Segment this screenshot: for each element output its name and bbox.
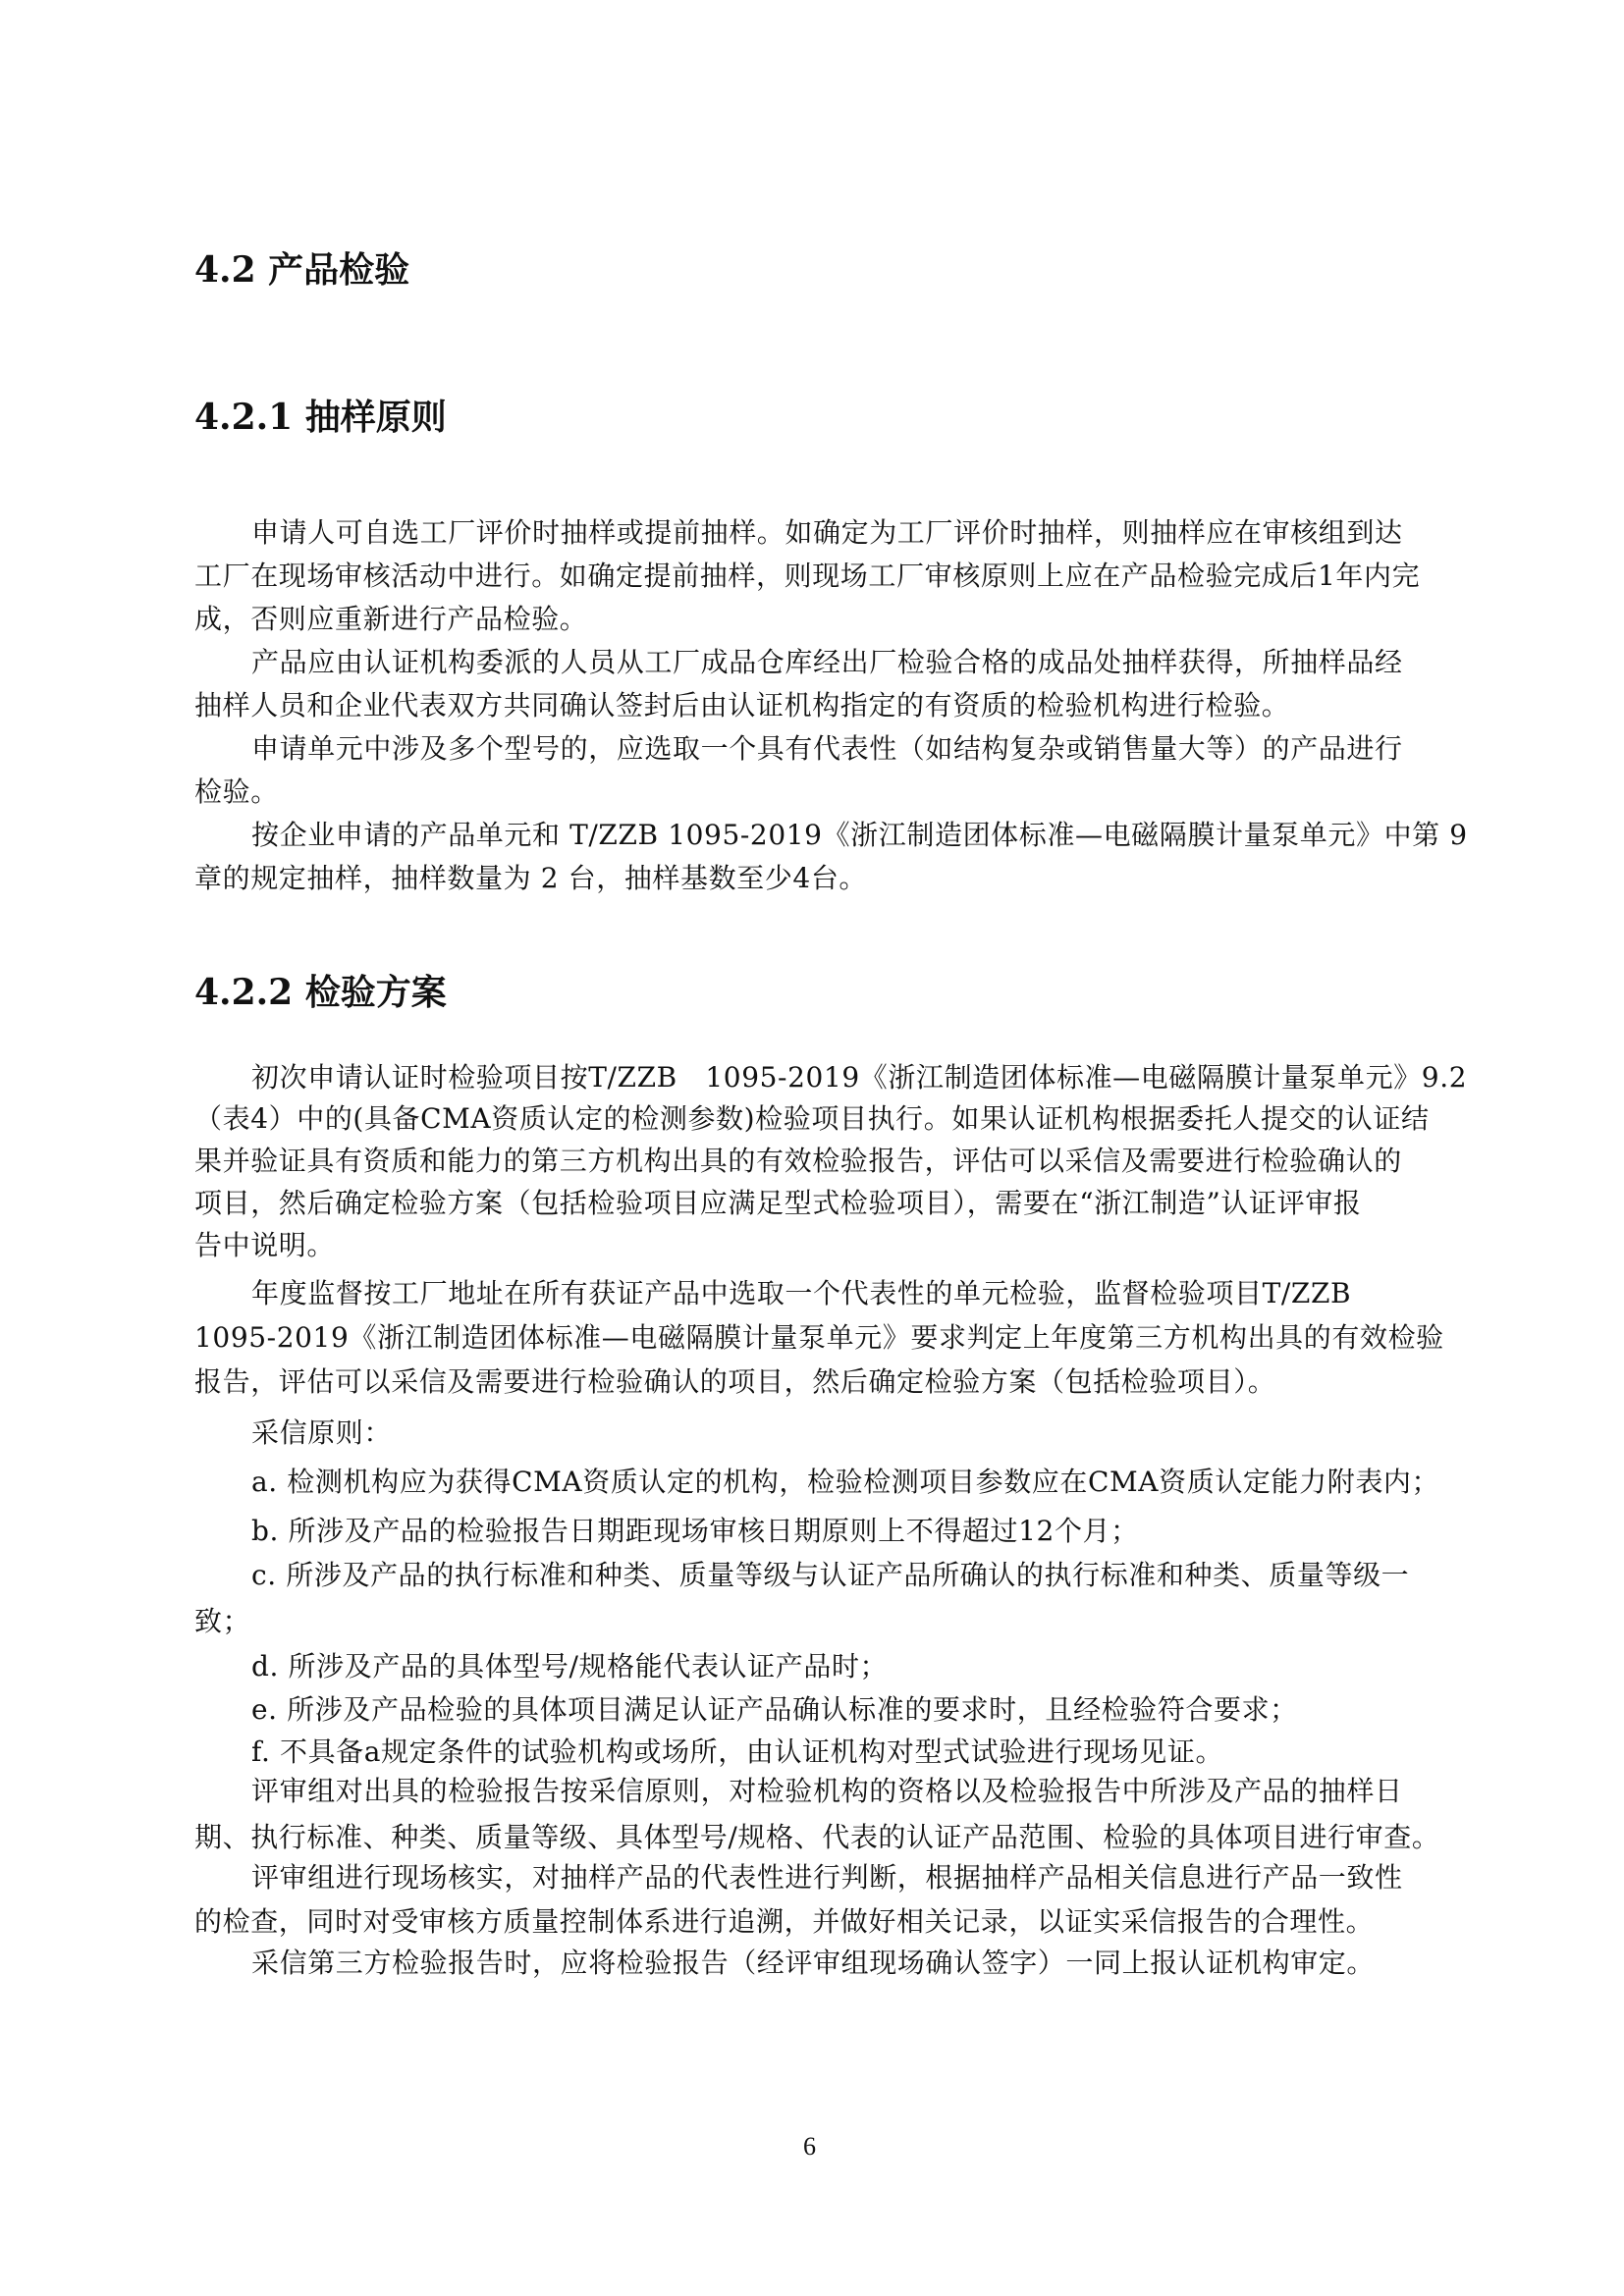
paragraph-line: 的检查，同时对受审核方质量控制体系进行追溯，并做好相关记录，以证实采信报告的合理… (194, 1904, 1430, 1940)
paragraph-line: 申请人可自选工厂评价时抽样或提前抽样。如确定为工厂评价时抽样，则抽样应在审核组到… (251, 515, 1430, 551)
list-item-e: e. 所涉及产品检验的具体项目满足认证产品确认标准的要求时，且经检验符合要求； (251, 1692, 1430, 1728)
paragraph-line: 果并验证具有资质和能力的第三方机构出具的有效检验报告，评估可以采信及需要进行检验… (194, 1144, 1430, 1179)
paragraph-line: 初次申请认证时检验项目按T/ZZB 1095-2019《浙江制造团体标准—电磁隔… (251, 1060, 1430, 1095)
heading-4-2: 4.2 产品检验 (194, 248, 409, 292)
paragraph-line: 项目，然后确定检验方案（包括检验项目应满足型式检验项目），需要在“浙江制造”认证… (194, 1186, 1430, 1221)
paragraph-line: 产品应由认证机构委派的人员从工厂成品仓库经出厂检验合格的成品处抽样获得，所抽样品… (251, 645, 1430, 680)
paragraph-line: 1095-2019《浙江制造团体标准—电磁隔膜计量泵单元》要求判定上年度第三方机… (194, 1320, 1430, 1356)
paragraph-line: 工厂在现场审核活动中进行。如确定提前抽样，则现场工厂审核原则上应在产品检验完成后… (194, 559, 1430, 594)
page-number: 6 (803, 2130, 816, 2163)
paragraph-line: 评审组对出具的检验报告按采信原则，对检验机构的资格以及检验报告中所涉及产品的抽样… (251, 1774, 1430, 1809)
heading-4-2-1: 4.2.1 抽样原则 (194, 396, 447, 439)
paragraph-line: （表4）中的(具备CMA资质认定的检测参数)检验项目执行。如果认证机构根据委托人… (194, 1101, 1430, 1137)
paragraph-line: 告中说明。 (194, 1228, 1430, 1263)
paragraph-line: 年度监督按工厂地址在所有获证产品中选取一个代表性的单元检验，监督检验项目T/ZZ… (251, 1276, 1430, 1311)
paragraph-line: 期、执行标准、种类、质量等级、具体型号/规格、代表的认证产品范围、检验的具体项目… (194, 1820, 1430, 1855)
paragraph-line: 采信第三方检验报告时，应将检验报告（经评审组现场确认签字）一同上报认证机构审定。 (251, 1946, 1430, 1981)
list-item-a: a. 检测机构应为获得CMA资质认定的机构，检验检测项目参数应在CMA资质认定能… (251, 1465, 1430, 1500)
paragraph-line: 抽样人员和企业代表双方共同确认签封后由认证机构指定的有资质的检验机构进行检验。 (194, 688, 1430, 723)
paragraph-line: 报告，评估可以采信及需要进行检验确认的项目，然后确定检验方案（包括检验项目）。 (194, 1364, 1430, 1400)
list-item-f: f. 不具备a规定条件的试验机构或场所，由认证机构对型式试验进行现场见证。 (251, 1735, 1430, 1770)
list-item-c-continued: 致； (194, 1604, 1430, 1639)
list-item-c: c. 所涉及产品的执行标准和种类、质量等级与认证产品所确认的执行标准和种类、质量… (251, 1558, 1430, 1593)
paragraph-line: 申请单元中涉及多个型号的，应选取一个具有代表性（如结构复杂或销售量大等）的产品进… (251, 731, 1430, 767)
paragraph-line: 成，否则应重新进行产品检验。 (194, 602, 1430, 637)
paragraph-line: 检验。 (194, 774, 1430, 810)
heading-4-2-2: 4.2.2 检验方案 (194, 971, 447, 1014)
acceptance-principles-label: 采信原则： (251, 1415, 1430, 1451)
paragraph-line: 按企业申请的产品单元和 T/ZZB 1095-2019《浙江制造团体标准—电磁隔… (251, 818, 1430, 853)
paragraph-line: 章的规定抽样，抽样数量为 2 台，抽样基数至少4台。 (194, 861, 1430, 896)
paragraph-line: 评审组进行现场核实，对抽样产品的代表性进行判断，根据抽样产品相关信息进行产品一致… (251, 1860, 1430, 1896)
list-item-d: d. 所涉及产品的具体型号/规格能代表认证产品时； (251, 1649, 1430, 1684)
list-item-b: b. 所涉及产品的检验报告日期距现场审核日期原则上不得超过12个月； (251, 1514, 1430, 1549)
